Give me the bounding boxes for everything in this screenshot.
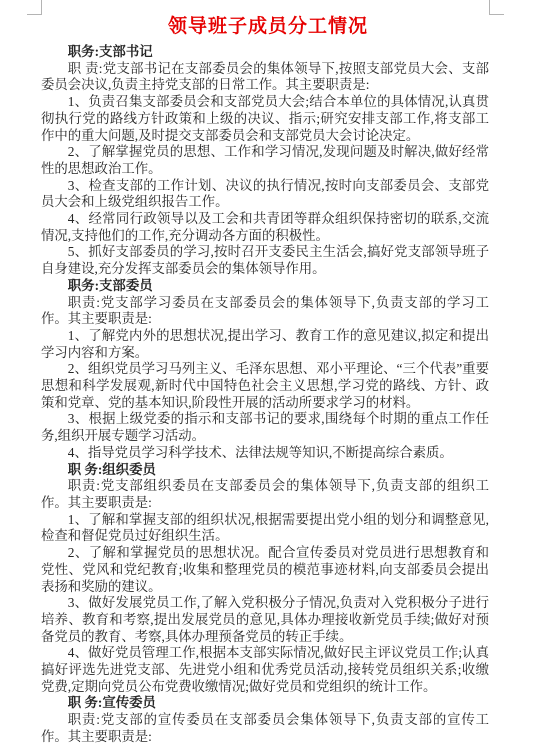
duty-item: 4、做好党员管理工作,根据本支部实际情况,做好民主评议党员工作;认真搞好评选先进… xyxy=(41,645,489,695)
duty-section: 职 务:组织委员 职责:党支部组织委员在支部委员会的集体领导下,负责支部的组织工… xyxy=(41,462,489,696)
duty-item: 1、了解党内外的思想状况,提出学习、教育工作的意见建议,拟定和提出学习内容和方案… xyxy=(41,328,489,361)
duty-item: 2、了解掌握党员的思想、工作和学习情况,发现问题及时解决,做好经常性的思想政治工… xyxy=(41,144,489,177)
duty-item: 4、经常同行政领导以及工会和共青团等群众组织保持密切的联系,交流情况,支持他们的… xyxy=(41,211,489,244)
duty-item: 5、抓好支部委员的学习,按时召开支委民主生活会,搞好党支部领导班子自身建设,充分… xyxy=(41,244,489,277)
duty-item: 1、了解和掌握支部的组织状况,根据需要提出党小组的划分和调整意见,检查和督促党员… xyxy=(41,512,489,545)
section-heading: 职务:支部委员 xyxy=(41,278,489,295)
duty-item: 4、指导党员学习科学技术、法律法规等知识,不断提高综合素质。 xyxy=(41,445,489,462)
section-intro: 职责:党支部学习委员在支部委员会的集体领导下,负责支部的学习工作。其主要职责是: xyxy=(41,295,489,328)
section-intro: 职 责:党支部书记在支部委员会的集体领导下,按照支部党员大会、支部委员会决议,负… xyxy=(41,61,489,94)
duty-section: 职 务:宣传委员 职责:党支部的宣传委员在支部委员会集体领导下,负责支部的宣传工… xyxy=(41,695,489,745)
duty-item: 2、了解和掌握党员的思想状况。配合宣传委员对党员进行思想教育和党性、党风和党纪教… xyxy=(41,545,489,595)
document-page: 领导班子成员分工情况 职务:支部书记 职 责:党支部书记在支部委员会的集体领导下… xyxy=(0,0,536,752)
section-heading: 职 务:宣传委员 xyxy=(41,695,489,712)
duty-section: 职务:支部委员 职责:党支部学习委员在支部委员会的集体领导下,负责支部的学习工作… xyxy=(41,278,489,462)
duty-section: 职务:支部书记 职 责:党支部书记在支部委员会的集体领导下,按照支部党员大会、支… xyxy=(41,44,489,278)
text-boundary-mark-top-right xyxy=(489,0,504,15)
section-intro: 职责:党支部组织委员在支部委员会的集体领导下,负责支部的组织工作。其主要职责是: xyxy=(41,478,489,511)
duty-item: 3、做好发展党员工作,了解入党积极分子情况,负责对入党积极分子进行培养、教育和考… xyxy=(41,595,489,645)
page-title: 领导班子成员分工情况 xyxy=(0,14,536,40)
section-intro: 职责:党支部的宣传委员在支部委员会集体领导下,负责支部的宣传工作。其主要职责是: xyxy=(41,712,489,745)
duty-item: 2、组织党员学习马列主义、毛泽东思想、邓小平理论、“三个代表”重要思想和科学发展… xyxy=(41,361,489,411)
text-boundary-mark-top-left xyxy=(27,0,42,15)
section-heading: 职 务:组织委员 xyxy=(41,462,489,479)
duty-item: 1、负责召集支部委员会和支部党员大会;结合本单位的具体情况,认真贯彻执行党的路线… xyxy=(41,94,489,144)
section-heading: 职务:支部书记 xyxy=(41,44,489,61)
duty-item: 3、根据上级党委的指示和支部书记的要求,围绕每个时期的重点工作任务,组织开展专题… xyxy=(41,411,489,444)
document-body: 职务:支部书记 职 责:党支部书记在支部委员会的集体领导下,按照支部党员大会、支… xyxy=(41,44,489,746)
duty-item: 3、检查支部的工作计划、决议的执行情况,按时向支部委员会、支部党员大会和上级党组… xyxy=(41,178,489,211)
